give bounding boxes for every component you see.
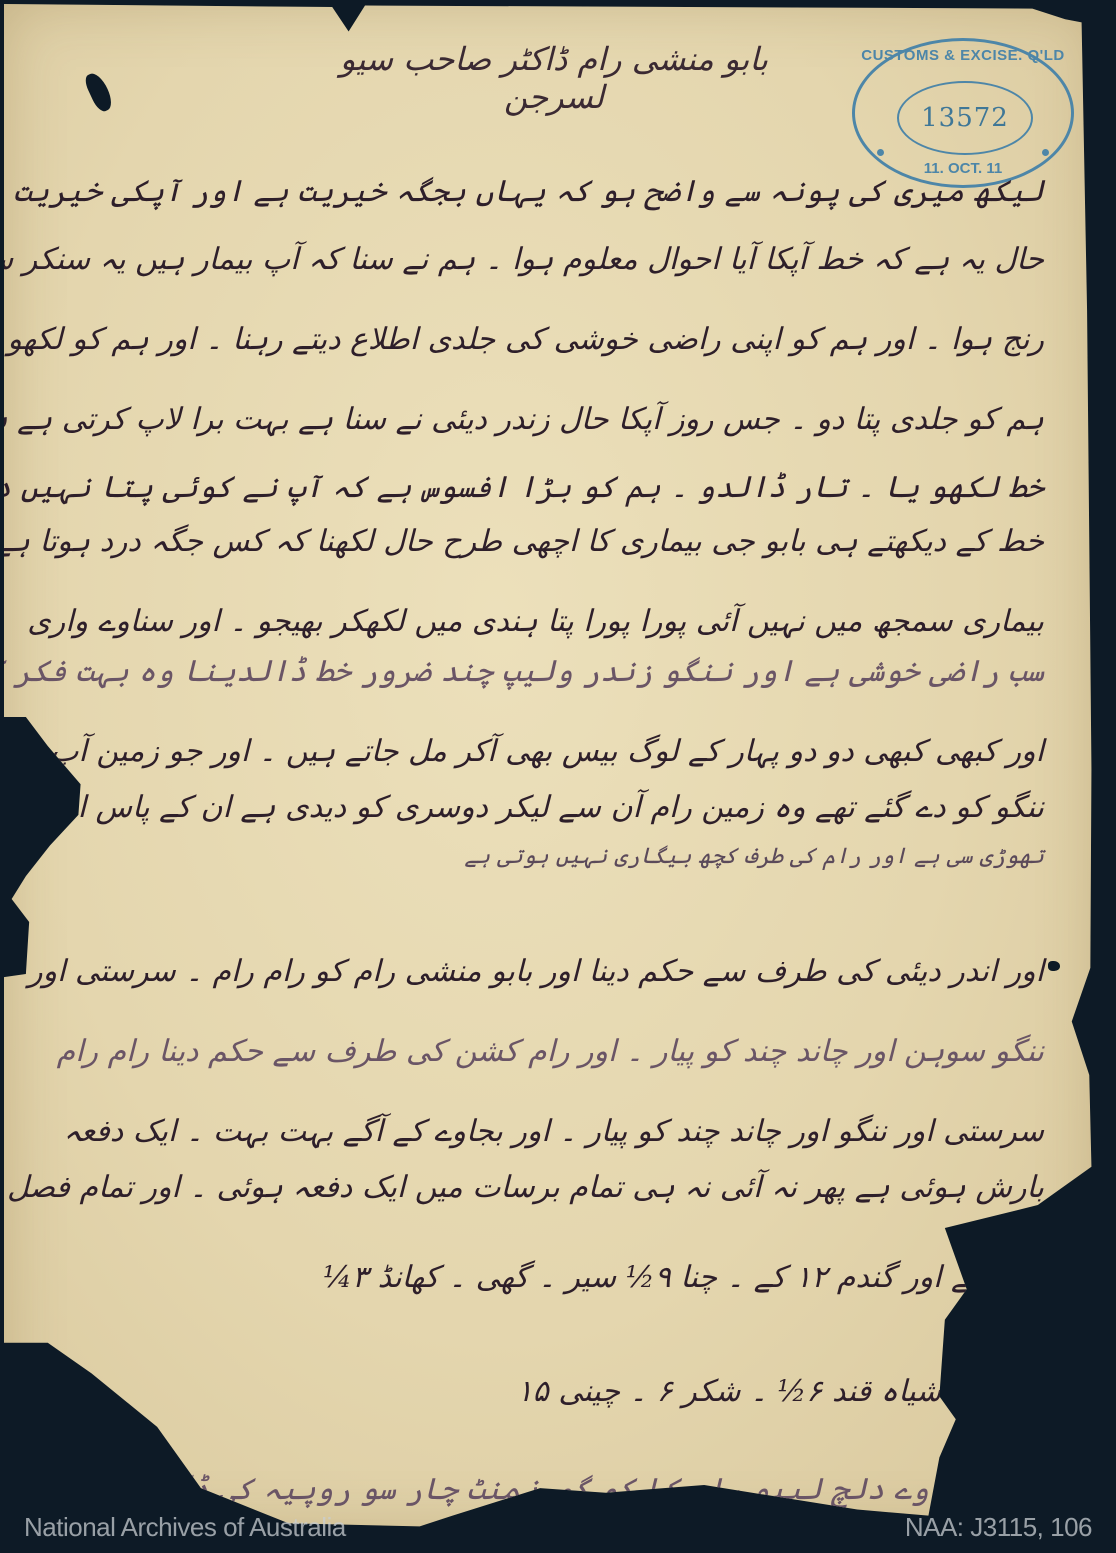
hole-damage	[1034, 1272, 1056, 1296]
customs-stamp: CUSTOMS & EXCISE. Q'LD 13572 11. OCT. 11	[852, 38, 1074, 188]
body-line: لیکھ میری کی پونہ سے واضح ہو کہ یہاں بجگ…	[0, 174, 1044, 209]
body-line: ننگو کو دے گئے تھے وہ زمین رام آن سے لیک…	[49, 790, 1044, 825]
body-line: سرستی اور ننگو اور چاند چند کو پیار ۔ او…	[63, 1114, 1044, 1149]
archive-reference: NAA: J3115, 106	[905, 1512, 1092, 1543]
body-line: رنج ہوا ۔ اور ہم کو اپنی راضی خوشی کی جل…	[0, 322, 1044, 357]
stamp-number: 13572	[921, 103, 1009, 133]
body-line: سب راضی خوشی ہے اور ننگو زندر ولیپ چند ض…	[0, 654, 1044, 689]
letter-page: بابو منشی رام ڈاکٹر صاحب سیو لسرجن CUSTO…	[4, 4, 1098, 1534]
stamp-dot-right	[1042, 149, 1049, 156]
body-line: ہم کو جلدی پتا دو ۔ جس روز آپکا حال زندر…	[0, 402, 1044, 437]
stamp-dot-left	[877, 149, 884, 156]
body-line: گئی ہے اور گندم ۱۲ کے ۔ چنا ۹½ سیر ۔ گھی…	[323, 1260, 1044, 1295]
body-line: بارش ہوئی ہے پھر نہ آئی نہ ہی تمام برسات…	[0, 1170, 1044, 1205]
body-line: خط لکھو یا ۔ تار ڈالدو ۔ ہم کو بڑا افسوس…	[0, 470, 1044, 505]
body-line: تھوڑی سی ہے اور رام کی طرف کچھ بیگاری نہ…	[464, 844, 1044, 869]
archive-watermark: National Archives of Australia	[24, 1512, 346, 1543]
body-line: تیل ۳ ۔ شیاہ قند ۶½ ۔ شکر ۶ ۔ چینی ۱۵	[517, 1374, 1044, 1409]
stamp-inner-oval: 13572	[897, 81, 1033, 155]
body-line: حال یہ ہے کہ خط آپکا آیا احوال معلوم ہوا…	[0, 242, 1044, 277]
hole-damage	[82, 70, 115, 114]
body-line: اور کبھی کبھی دو دو پہار کے لوگ بیس بھی …	[50, 734, 1044, 769]
ink-blot	[1048, 961, 1060, 971]
body-line: ننگو سوہن اور چاند چند کو پیار ۔ اور رام…	[57, 1034, 1044, 1069]
stamp-top-text: CUSTOMS & EXCISE. Q'LD	[855, 47, 1071, 64]
body-line: بیماری سمجھ میں نہیں آئی پورا پورا پتا ہ…	[27, 604, 1044, 639]
body-line: اور اندر دیئی کی طرف سے حکم دینا اور باب…	[28, 954, 1044, 989]
body-line: اور سناوے دلچ لیبو رام کا کو گورنمنٹ چار…	[94, 1472, 1044, 1507]
letter-heading: بابو منشی رام ڈاکٹر صاحب سیو لسرجن	[304, 40, 804, 116]
body-line: خط کے دیکھتے ہی بابو جی بیماری کا اچھی ط…	[0, 524, 1044, 559]
